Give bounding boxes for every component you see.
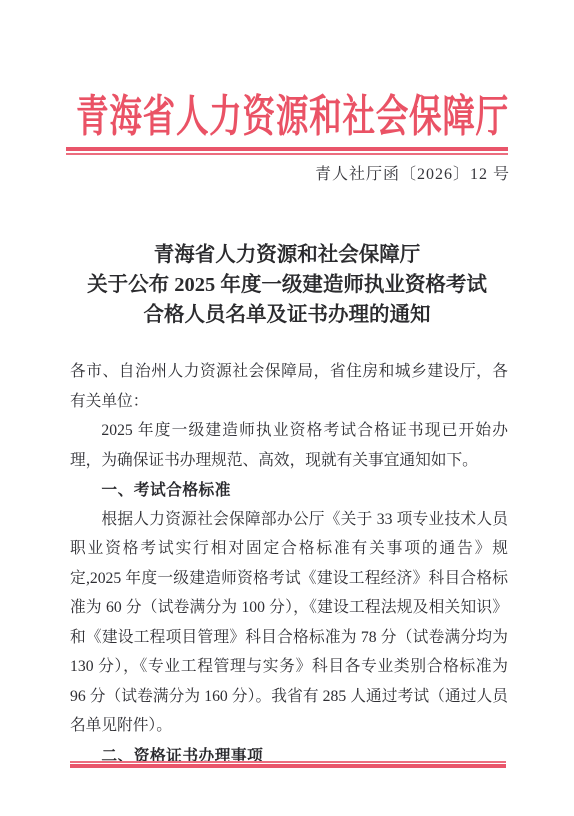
salutation: 各市、自治州人力资源社会保障局，省住房和城乡建设厅，各有关单位： [70,357,508,416]
notice-title-line-3: 合格人员名单及证书办理的通知 [0,300,574,330]
footer-double-rule [70,761,506,768]
notice-body: 各市、自治州人力资源社会保障局，省住房和城乡建设厅，各有关单位： 2025 年度… [70,357,508,770]
letterhead-double-rule [66,147,508,155]
letterhead-org-name-text: 青海省人力资源和社会保障厅 [76,94,509,140]
paragraph-standards: 根据人力资源社会保障部办公厅《关于 33 项专业技术人员职业资格考试实行相对固定… [70,505,508,741]
notice-title: 青海省人力资源和社会保障厅 关于公布 2025 年度一级建造师执业资格考试 合格… [0,240,574,330]
section-heading-1: 一、考试合格标准 [70,475,508,505]
notice-title-line-1: 青海省人力资源和社会保障厅 [0,240,574,270]
notice-title-line-2: 关于公布 2025 年度一级建造师执业资格考试 [0,270,574,300]
paragraph-intro: 2025 年度一级建造师执业资格考试合格证书现已开始办理，为确保证书办理规范、高… [70,416,508,475]
document-number: 青人社厅函〔2026〕12 号 [315,161,510,184]
document-page: 青海省人力资源和社会保障厅 青人社厅函〔2026〕12 号 青海省人力资源和社会… [0,0,574,816]
letterhead-org-name: 青海省人力资源和社会保障厅 [0,94,574,140]
rule-thin-line [66,153,508,155]
rule-thick-line [70,764,506,768]
